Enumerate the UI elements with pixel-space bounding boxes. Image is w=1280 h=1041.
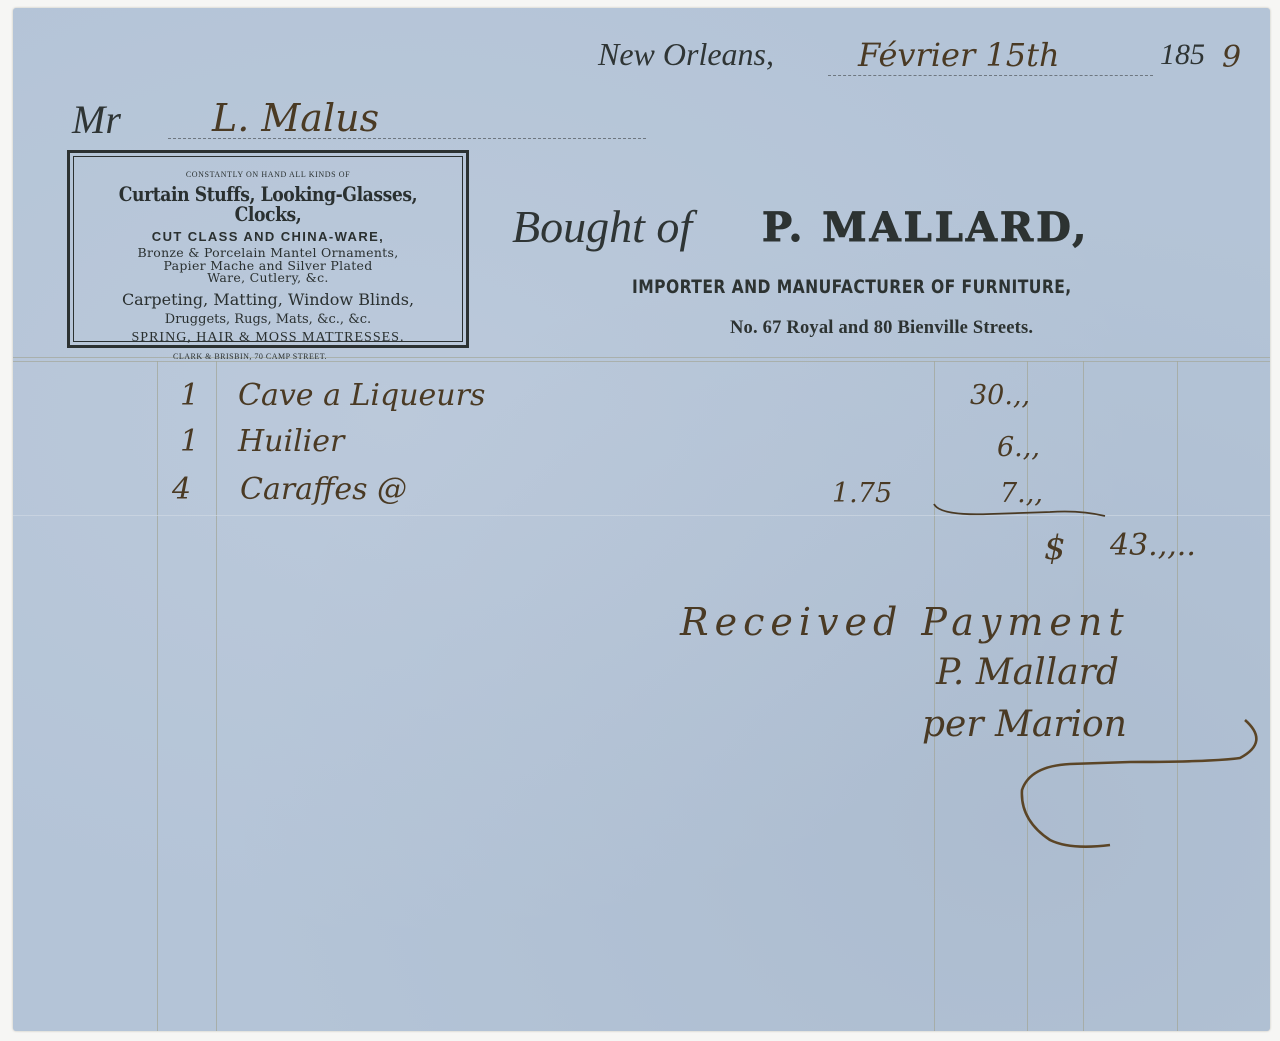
item-qty: 4	[172, 472, 191, 507]
ad-line-druggets: Druggets, Rugs, Mats, &c., &c.	[74, 313, 462, 326]
city-label: New Orleans,	[598, 36, 774, 73]
item-description: Cave a Liqueurs	[238, 378, 485, 413]
total-amount: 43.,,..	[1110, 528, 1196, 563]
merchant-name: P. MALLARD,	[762, 204, 1089, 251]
year-printed: 185	[1160, 38, 1205, 72]
merchant-address: No. 67 Royal and 80 Bienville Streets.	[730, 318, 1033, 339]
ad-line-curtain-stuffs: Curtain Stuffs, Looking-Glasses, Clocks,	[101, 184, 435, 224]
customer-name: L. Malus	[212, 96, 379, 140]
printer-credit: CLARK & BRISBIN, 70 CAMP STREET.	[173, 352, 327, 361]
year-handwritten-digit: 9	[1222, 40, 1241, 75]
customer-salutation: Mr	[72, 96, 121, 143]
ad-line-ware-cutlery: Ware, Cutlery, &c.	[74, 272, 462, 285]
date-handwritten: Février 15th	[858, 36, 1060, 74]
ad-line-carpeting: Carpeting, Matting, Window Blinds,	[74, 292, 462, 308]
merchandise-advertisement-box: CONSTANTLY ON HAND ALL KINDS OF Curtain …	[67, 150, 469, 348]
signature-name: P. Mallard	[936, 652, 1119, 693]
bought-of-script: Bought of	[512, 200, 692, 253]
dollars-column-rule	[934, 361, 935, 1031]
item-qty: 1	[180, 424, 199, 459]
item-description: Huilier	[238, 424, 344, 459]
item-unit-price: 1.75	[832, 478, 892, 509]
merchant-subtitle: IMPORTER AND MANUFACTURER OF FURNITURE,	[632, 276, 1072, 298]
subtotal-underline	[930, 500, 1110, 530]
total-cents-column-rule	[1177, 361, 1178, 1031]
total-currency-symbol: $	[1044, 528, 1066, 568]
description-column-rule	[216, 361, 217, 1031]
signature-flourish	[1010, 700, 1270, 860]
total-dollars-column-rule	[1083, 361, 1084, 1031]
item-description: Caraffes @	[240, 472, 407, 507]
received-payment-text: Received Payment	[680, 600, 1130, 644]
header-divider-rule-2	[13, 361, 1270, 362]
item-amount: 6.,,	[997, 432, 1040, 463]
qty-column-rule	[157, 361, 158, 1031]
ad-line-constantly: CONSTANTLY ON HAND ALL KINDS OF	[74, 171, 462, 179]
item-qty: 1	[180, 378, 199, 413]
ad-line-mattresses: SPRING, HAIR & MOSS MATTRESSES.	[74, 331, 462, 345]
date-dotted-line	[828, 75, 1153, 76]
item-amount: 30.,,	[970, 380, 1030, 411]
ad-line-cut-class: CUT CLASS AND CHINA-WARE,	[74, 230, 462, 243]
